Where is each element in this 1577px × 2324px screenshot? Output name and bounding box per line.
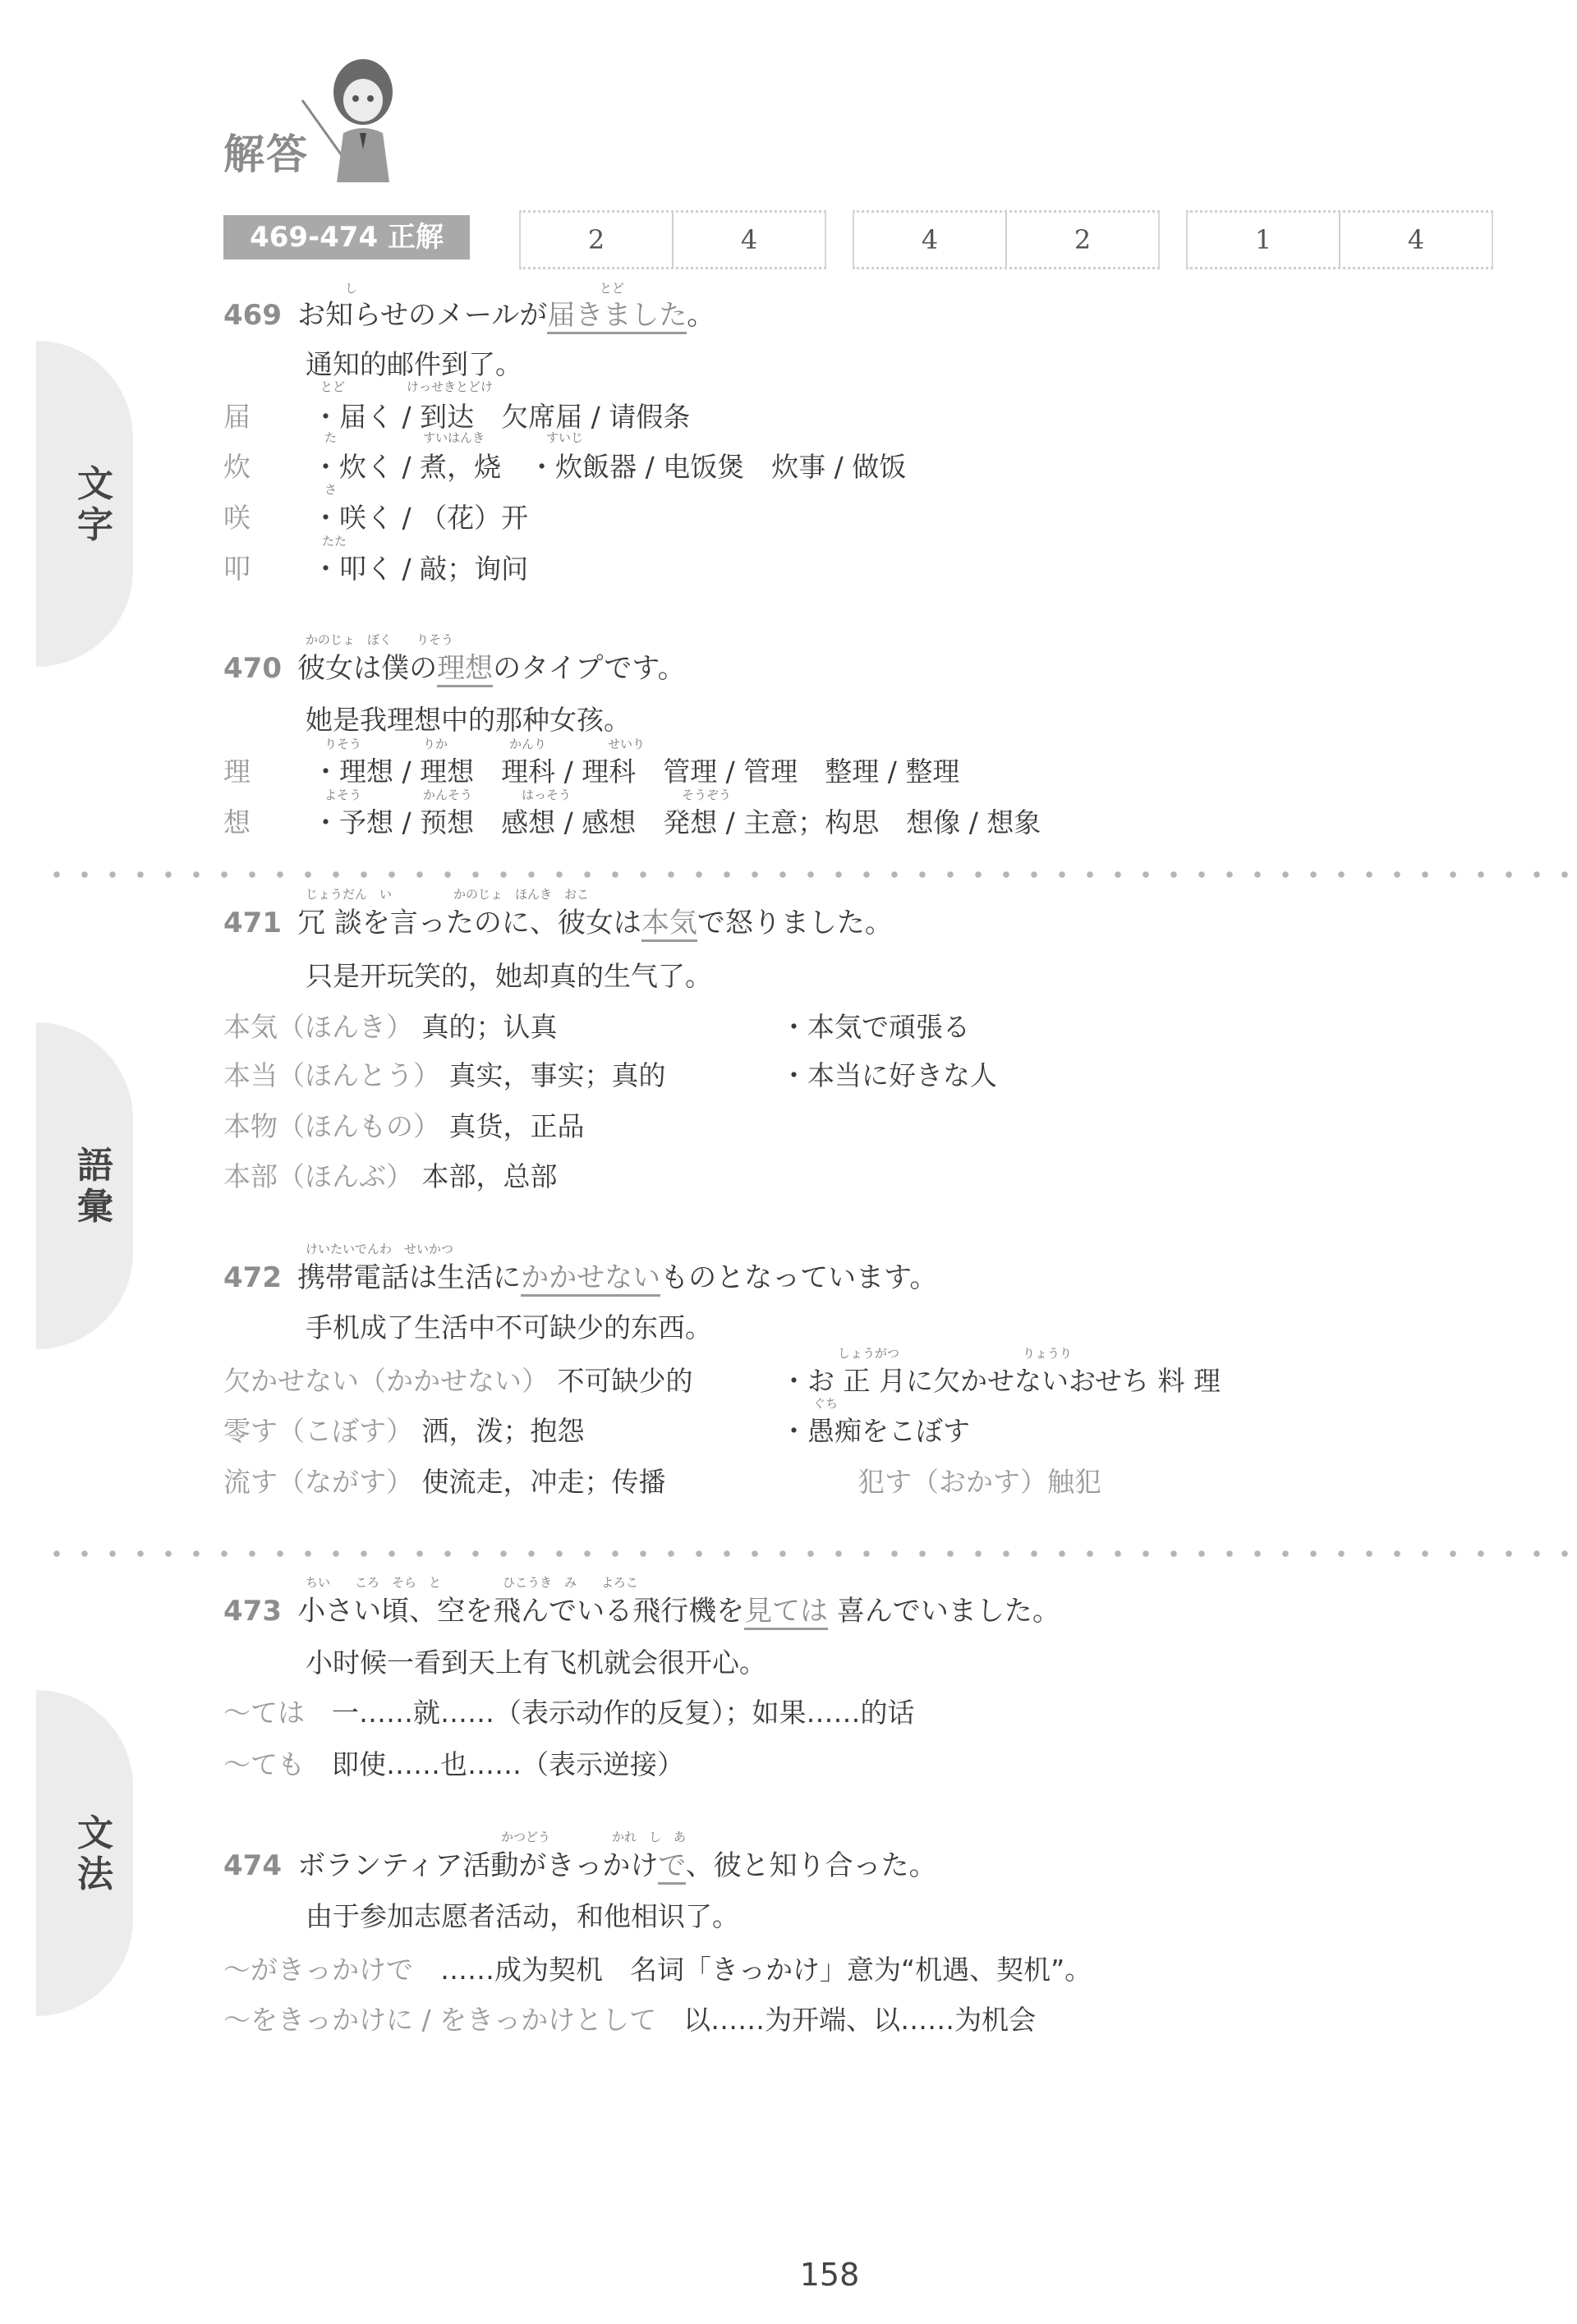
ruby: よそう かんそう はっそう そうぞう <box>324 786 731 803</box>
translation: 她是我理想中的那种女孩。 <box>306 699 631 737</box>
question-number: 471 <box>223 907 282 939</box>
side-tab-goi: 語彙 <box>36 1022 133 1349</box>
translation: 只是开玩笑的，她却真的生气了。 <box>306 955 712 994</box>
ruby: とど けっせきとどけ <box>320 378 493 395</box>
question-471: 471 冗 談を言ったのに、彼女は本気で怒りました。 <box>223 900 893 940</box>
answer-471: 4 <box>854 213 1005 267</box>
answer-469: 2 <box>521 213 672 267</box>
vocab-row: 本物（ほんもの） 真货，正品 <box>223 1105 585 1144</box>
question-469: 469 お知らせのメールが届きました。 <box>223 292 715 333</box>
vocab-entry: ・咲く / （花）开 <box>312 497 528 535</box>
vocab-key: 咲 <box>223 497 251 535</box>
vocab-entry: ・叩く / 敲；询问 <box>312 548 528 586</box>
ruby: た すいはんき すいじ <box>324 429 583 446</box>
section-divider <box>43 871 1577 878</box>
underlined-target: かかせない <box>521 1261 660 1297</box>
vocab-row: 零す（こぼす） 洒，泼；抱怨 <box>223 1410 585 1449</box>
side-tab-label: 文法 <box>77 1813 110 1895</box>
question-number: 470 <box>223 652 282 685</box>
vocab-example: 犯す（おかす）触犯 <box>857 1461 1101 1500</box>
vocab-key: 届 <box>223 396 251 434</box>
question-473: 473 小さい頃、空を飛んでいる飛行機を見ては 喜んでいました。 <box>223 1588 1060 1628</box>
ruby: さ <box>324 480 337 498</box>
ruby: りそう りか かんり せいり <box>324 735 645 752</box>
vocab-example: ・愚痴をこぼす <box>780 1410 970 1449</box>
side-tab-label: 語彙 <box>77 1146 110 1228</box>
ruby: たた <box>322 532 347 549</box>
underlined-target: 見ては <box>744 1595 828 1630</box>
question-sentence: 冗 談を言ったのに、彼女は本気で怒りました。 <box>297 907 893 939</box>
translation: 通知的邮件到了。 <box>306 343 522 382</box>
translation: 由于参加志愿者活动，和他相识了。 <box>306 1895 739 1934</box>
vocab-key: 叩 <box>223 548 251 586</box>
vocab-row: 本気（ほんき） 真的；认真 <box>223 1006 558 1045</box>
vocab-row: ～ても 即使……也……（表示逆接） <box>223 1743 684 1782</box>
question-470: 470 彼女は僕の理想のタイプです。 <box>223 645 686 686</box>
answer-474: 4 <box>1339 213 1492 267</box>
question-number: 474 <box>223 1849 282 1882</box>
question-number: 472 <box>223 1261 282 1294</box>
underlined-target: 理想 <box>437 652 493 687</box>
answer-473: 1 <box>1188 213 1339 267</box>
translation: 小时候一看到天上有飞机就会很开心。 <box>306 1642 766 1680</box>
vocab-row: ～ては 一……就……（表示动作的反复）；如果……的话 <box>223 1692 915 1730</box>
answer-472: 2 <box>1005 213 1158 267</box>
question-sentence: お知らせのメールが届きました。 <box>297 299 715 332</box>
question-sentence: 彼女は僕の理想のタイプです。 <box>297 652 686 685</box>
answer-group-2: 4 2 <box>853 210 1160 269</box>
vocab-entry: ・理想 / 理想 理科 / 理科 管理 / 管理 整理 / 整理 <box>312 751 959 789</box>
question-474: 474 ボランティア活動がきっかけで、彼と知り合った。 <box>223 1843 937 1883</box>
answer-group-3: 1 4 <box>1186 210 1493 269</box>
ruby: ぐち <box>813 1394 838 1412</box>
vocab-row: ～がきっかけで ……成为契机 名词「きっかけ」意为“机遇、契机”。 <box>223 1949 1092 1987</box>
question-number: 473 <box>223 1595 282 1628</box>
ruby: し <box>345 279 357 296</box>
vocab-key: 炊 <box>223 446 251 485</box>
question-472: 472 携帯電話は生活にかかせないものとなっています。 <box>223 1255 937 1295</box>
vocab-entry: ・予想 / 预想 感想 / 感想 発想 / 主意；构思 想像 / 想象 <box>312 801 1041 840</box>
vocab-example: ・本当に好きな人 <box>780 1054 997 1093</box>
ruby: とど <box>600 279 624 296</box>
vocab-row: ～をきっかけに / をきっかけとして 以……为开端、以……为机会 <box>223 1999 1036 2037</box>
vocab-row: 欠かせない（かかせない） 不可缺少的 <box>223 1360 693 1399</box>
page-number: 158 <box>764 2257 895 2293</box>
answer-group-1: 2 4 <box>519 210 826 269</box>
vocab-row: 本部（ほんぶ） 本部，总部 <box>223 1155 558 1194</box>
translation: 手机成了生活中不可缺少的东西。 <box>306 1307 712 1345</box>
side-tab-label: 文字 <box>77 464 110 546</box>
ruby: しょうがつ りょうり <box>838 1344 1072 1362</box>
underlined-target: 届きました <box>547 299 687 334</box>
answer-range-label: 469-474 正解 <box>223 215 470 259</box>
question-sentence: 携帯電話は生活にかかせないものとなっています。 <box>297 1261 937 1294</box>
underlined-target: 本気 <box>641 907 697 942</box>
underlined-target: で <box>658 1849 685 1885</box>
teacher-mascot-icon <box>296 51 411 182</box>
vocab-key: 理 <box>223 751 251 789</box>
vocab-entry: ・炊く / 煮，烧 ・炊飯器 / 电饭煲 炊事 / 做饭 <box>312 446 906 485</box>
question-number: 469 <box>223 299 282 332</box>
section-divider <box>43 1550 1577 1557</box>
question-sentence: ボランティア活動がきっかけで、彼と知り合った。 <box>297 1849 937 1882</box>
vocab-row: 流す（ながす） 使流走，冲走；传播 <box>223 1461 666 1500</box>
answer-470: 4 <box>672 213 825 267</box>
vocab-key: 想 <box>223 801 251 840</box>
question-sentence: 小さい頃、空を飛んでいる飛行機を見ては 喜んでいました。 <box>297 1595 1060 1628</box>
vocab-row: 本当（ほんとう） 真实，事实；真的 <box>223 1054 666 1093</box>
side-tab-bunpo: 文法 <box>36 1690 133 2016</box>
vocab-example: ・お 正 月に欠かせないおせち 料 理 <box>780 1360 1221 1399</box>
vocab-example: ・本気で頑張る <box>780 1006 970 1045</box>
side-tab-moji: 文字 <box>36 341 133 667</box>
